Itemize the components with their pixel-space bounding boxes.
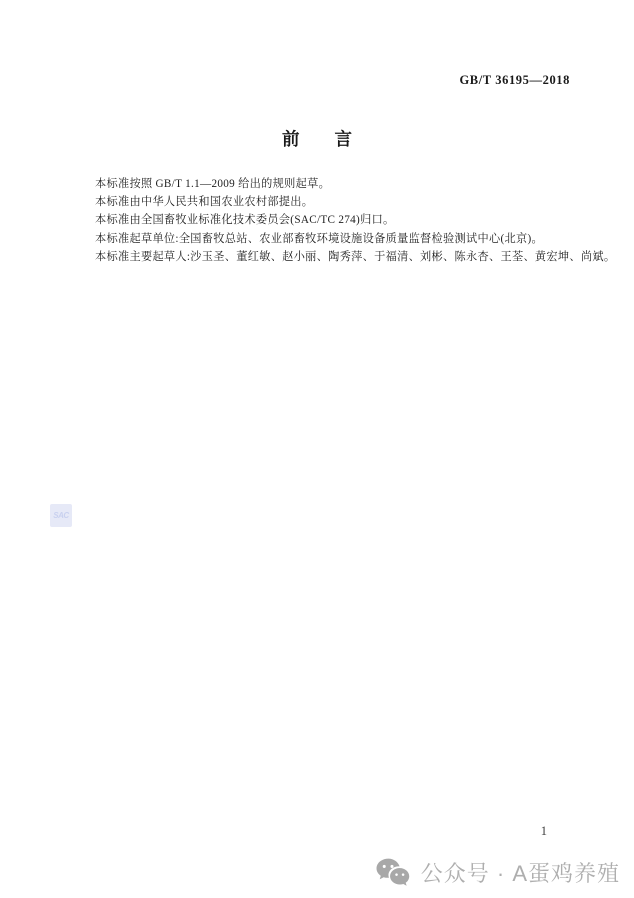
foreword-line: 本标准由中华人民共和国农业农村部提出。: [95, 193, 624, 211]
sac-watermark-icon: SAC: [50, 504, 72, 527]
footer-watermark-text: 公众号 · A蛋鸡养殖: [421, 857, 620, 888]
foreword-line: 本标准由全国畜牧业标准化技术委员会(SAC/TC 274)归口。: [95, 211, 624, 229]
page-number: 1: [541, 824, 547, 839]
footer-watermark: 公众号 · A蛋鸡养殖: [375, 857, 620, 888]
foreword-line: 本标准起草单位:全国畜牧总站、农业部畜牧环境设施设备质量监督检验测试中心(北京)…: [95, 230, 624, 248]
wechat-icon: [375, 857, 412, 888]
standard-code-header: GB/T 36195—2018: [459, 73, 570, 88]
foreword-line: 本标准按照 GB/T 1.1—2009 给出的规则起草。: [95, 175, 624, 193]
foreword-line: 本标准主要起草人:沙玉圣、董红敏、赵小丽、陶秀萍、于福清、刘彬、陈永杏、王荃、黄…: [95, 248, 624, 266]
foreword-body: 本标准按照 GB/T 1.1—2009 给出的规则起草。 本标准由中华人民共和国…: [95, 175, 624, 266]
page-title: 前 言: [0, 126, 634, 151]
document-page: GB/T 36195—2018 前 言 本标准按照 GB/T 1.1—2009 …: [0, 0, 634, 898]
